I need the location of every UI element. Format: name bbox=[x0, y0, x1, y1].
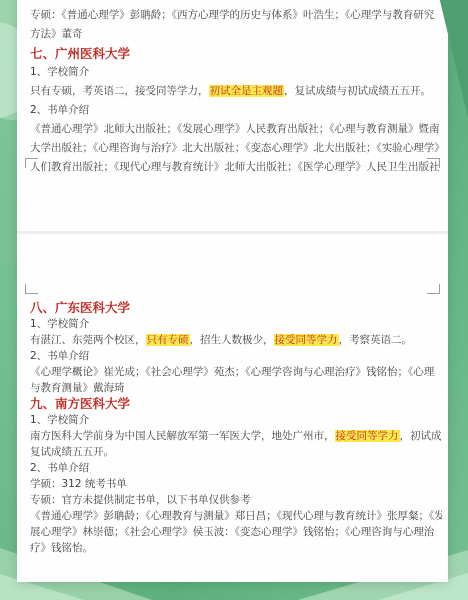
book-list-line: 与教育测量》戴海琦 bbox=[30, 380, 442, 396]
school-intro-line: 有湛江、东莞两个校区，只有专硕，招生人数极少，接受同等学力，考察英语二。 bbox=[30, 332, 442, 348]
intro-text: 有湛江、东莞两个校区， bbox=[30, 334, 146, 346]
carryover-line: 专硕：《普通心理学》彭聃龄；《西方心理学的历史与体系》叶浩生；《心理学与教育研究 bbox=[30, 6, 442, 25]
intro-text: ，招生人数极少， bbox=[190, 334, 274, 346]
section-heading-guangzhou-medical: 七、广州医科大学 bbox=[30, 44, 442, 63]
book-list-line: 疗》钱铭怡。 bbox=[30, 540, 442, 556]
professional-master-book-line: 专硕：官方未提供制定书单，以下书单仅供参考 bbox=[30, 492, 442, 508]
highlighted-text: 接受同等学力 bbox=[335, 430, 400, 442]
subheading-book-list: 2、书单介绍 bbox=[30, 460, 442, 476]
section-heading-southern-medical: 九、南方医科大学 bbox=[30, 396, 442, 412]
school-intro-line: 只有专硕，考英语二，接受同等学力，初试全是主观题，复试成绩与初试成绩五五开。 bbox=[30, 82, 442, 101]
highlighted-text: 初试全是主观题 bbox=[209, 85, 285, 97]
book-list-line: 《普通心理学》彭聃龄；《心理教育与测量》郑日昌；《现代心理与教育统计》张厚粲；《… bbox=[30, 508, 442, 524]
intro-text: 南方医科大学前身为中国人民解放军第一军医大学，地处广州市， bbox=[30, 430, 335, 442]
school-intro-line: 复试成绩五五开。 bbox=[30, 444, 442, 460]
subheading-school-intro: 1、学校简介 bbox=[30, 316, 442, 332]
highlighted-text: 接受同等学力 bbox=[274, 334, 339, 346]
intro-text: ，初试成绩、 bbox=[400, 430, 443, 442]
intro-text: 只有专硕，考英语二，接受同等学力， bbox=[30, 85, 209, 97]
book-list-line: 大学出版社；《心理咨询与治疗》北大出版社；《变态心理学》北大出版社；《实验心理学… bbox=[30, 139, 442, 158]
academic-master-book-line: 学硕：312 统考书单 bbox=[30, 476, 442, 492]
highlighted-text: 只有专硕 bbox=[146, 334, 190, 346]
intro-text: ，复试成绩与初试成绩五五开。 bbox=[284, 85, 431, 97]
book-list-line: 展心理学》林崇德；《社会心理学》侯玉波：《变态心理学》钱铭怡；《心理咨询与心理治 bbox=[30, 524, 442, 540]
crop-mark-top-right bbox=[427, 284, 440, 294]
document-page: 专硕：《普通心理学》彭聃龄；《西方心理学的历史与体系》叶浩生；《心理学与教育研究… bbox=[17, 0, 448, 582]
book-list-line: 《心理学概论》崔光成；《社会心理学》苑杰；《心理学咨询与心理治疗》钱铭怡；《心理 bbox=[30, 364, 442, 380]
page1-content: 专硕：《普通心理学》彭聃龄；《西方心理学的历史与体系》叶浩生；《心理学与教育研究… bbox=[30, 6, 442, 177]
subheading-school-intro: 1、学校简介 bbox=[30, 63, 442, 82]
subheading-school-intro: 1、学校简介 bbox=[30, 412, 442, 428]
school-intro-line: 南方医科大学前身为中国人民解放军第一军医大学，地处广州市，接受同等学力，初试成绩… bbox=[30, 428, 442, 444]
book-list-line: 人们教育出版社；《现代心理与教育统计》北师大出版社；《医学心理学》人民卫生出版社 bbox=[30, 158, 442, 177]
book-list-line: 《普通心理学》北师大出版社；《发展心理学》人民教育出版社；《心理与教育测量》暨南 bbox=[30, 120, 442, 139]
page-divider bbox=[17, 231, 448, 234]
section-heading-guangdong-medical: 八、广东医科大学 bbox=[30, 300, 442, 316]
intro-text: ，考察英语二。 bbox=[339, 334, 413, 346]
carryover-line: 方法》董奇 bbox=[30, 25, 442, 44]
crop-mark-top-left bbox=[25, 284, 38, 294]
page2-content: 八、广东医科大学 1、学校简介 有湛江、东莞两个校区，只有专硕，招生人数极少，接… bbox=[30, 300, 442, 556]
subheading-book-list: 2、书单介绍 bbox=[30, 348, 442, 364]
subheading-book-list: 2、书单介绍 bbox=[30, 101, 442, 120]
